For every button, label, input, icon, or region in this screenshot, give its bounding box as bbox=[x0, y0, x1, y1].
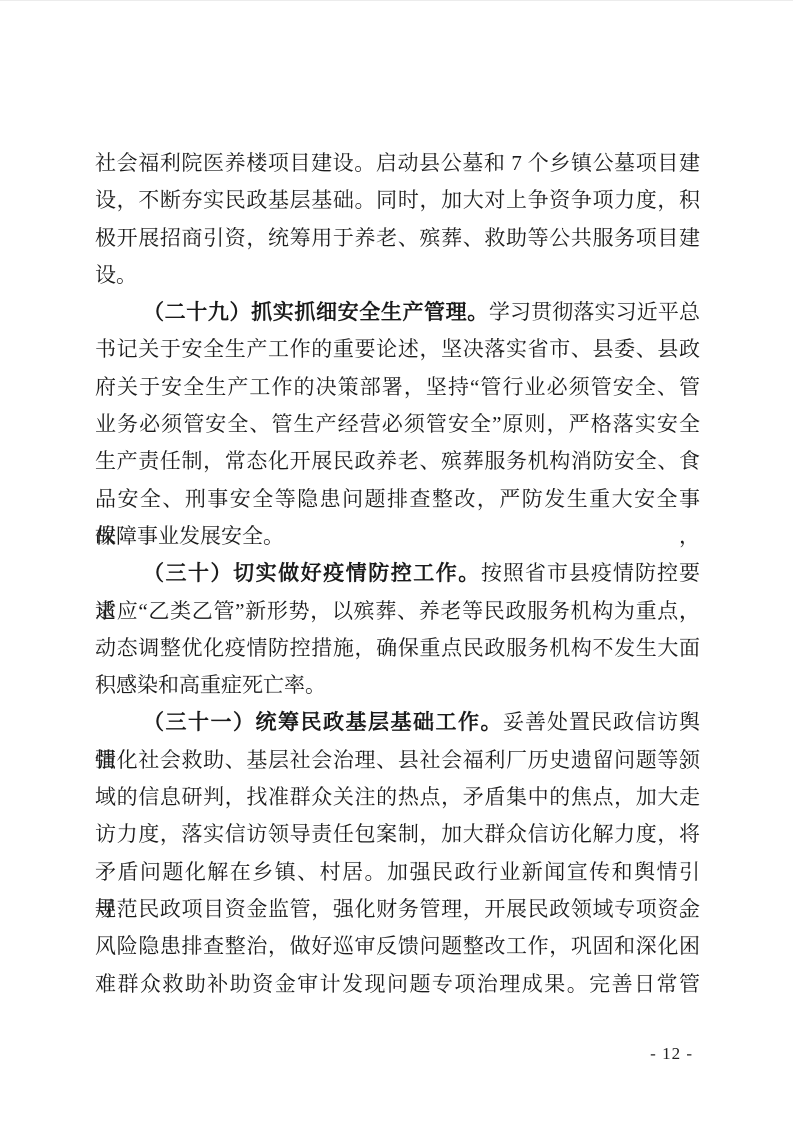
document-page: 社会福利院医养楼项目建设。启动县公墓和 7 个乡镇公墓项目建设，不断夯实民政基层… bbox=[0, 0, 793, 1122]
text-line: 风险隐患排查整治，做好巡审反馈问题整改工作，巩固和深化困 bbox=[95, 928, 700, 965]
section-heading: （二十九）抓实抓细安全生产管理。 bbox=[143, 300, 489, 324]
text-line: 强化社会救助、基层社会治理、县社会福利厂历史遗留问题等领 bbox=[95, 742, 700, 779]
text-line: （三十一）统筹民政基层基础工作。妥善处置民政信访舆情。 bbox=[95, 704, 700, 741]
page-top-edge bbox=[0, 0, 793, 1]
text-line: 品安全、刑事安全等隐患问题排查整改，严防发生重大安全事故， bbox=[95, 481, 700, 518]
text-line: 矛盾问题化解在乡镇、村居。加强民政行业新闻宣传和舆情引导。 bbox=[95, 854, 700, 891]
text-line: 书记关于安全生产工作的重要论述，坚决落实省市、县委、县政 bbox=[95, 331, 700, 368]
section-heading: （三十）切实做好疫情防控工作。 bbox=[143, 561, 481, 585]
text-line: 设，不断夯实民政基层基础。同时，加大对上争资争项力度，积 bbox=[95, 182, 700, 219]
section-heading: （三十一）统筹民政基层基础工作。 bbox=[143, 710, 503, 734]
text-line: 动态调整优化疫情防控措施，确保重点民政服务机构不发生大面 bbox=[95, 630, 700, 667]
page-number: - 12 - bbox=[650, 1043, 693, 1065]
text-line: 难群众救助补助资金审计发现问题专项治理成果。完善日常管 bbox=[95, 966, 700, 1003]
text-line: 生产责任制，常态化开展民政养老、殡葬服务机构消防安全、食 bbox=[95, 443, 700, 480]
text-line: 极开展招商引资，统筹用于养老、殡葬、救助等公共服务项目建 bbox=[95, 220, 700, 257]
text-line: 规范民政项目资金监管，强化财务管理，开展民政领域专项资金 bbox=[95, 891, 700, 928]
text-line: 适应“乙类乙管”新形势，以殡葬、养老等民政服务机构为重点， bbox=[95, 593, 700, 630]
text-line: （三十）切实做好疫情防控工作。按照省市县疫情防控要求， bbox=[95, 555, 700, 592]
text-line: 积感染和高重症死亡率。 bbox=[95, 667, 700, 704]
text-line: 社会福利院医养楼项目建设。启动县公墓和 7 个乡镇公墓项目建 bbox=[95, 145, 700, 182]
text-line: 设。 bbox=[95, 257, 700, 294]
text-line: 业务必须管安全、管生产经营必须管安全”原则，严格落实安全 bbox=[95, 406, 700, 443]
document-body: 社会福利院医养楼项目建设。启动县公墓和 7 个乡镇公墓项目建设，不断夯实民政基层… bbox=[95, 145, 700, 1003]
text-line: 域的信息研判，找准群众关注的热点，矛盾集中的焦点，加大走 bbox=[95, 779, 700, 816]
text-line: （二十九）抓实抓细安全生产管理。学习贯彻落实习近平总 bbox=[95, 294, 700, 331]
text-line: 访力度，落实信访领导责任包案制，加大群众信访化解力度，将 bbox=[95, 816, 700, 853]
text-line: 府关于安全生产工作的决策部署，坚持“管行业必须管安全、管 bbox=[95, 369, 700, 406]
